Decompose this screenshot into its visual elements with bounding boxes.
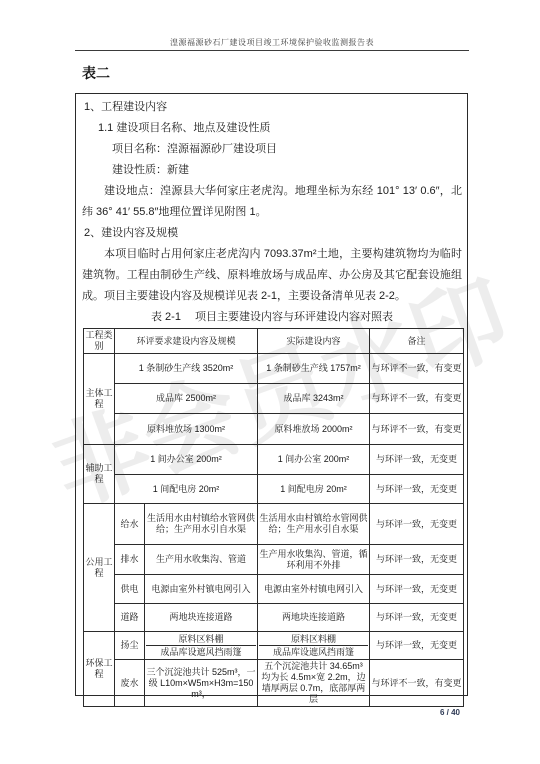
actual-cell: 生活用水由村镇给水管网供给；生产用水引自水渠 <box>258 504 370 545</box>
subcategory-cell: 供电 <box>115 575 145 604</box>
sheet-label: 表二 <box>82 63 110 83</box>
document-header-title: 湟源福源砂石厂建设项目竣工环境保护验收监测报告表 <box>75 37 469 48</box>
table-row: 公用工程 给水 生活用水由村镇给水管网供给；生产用水引自水渠 生活用水由村镇给水… <box>84 504 464 545</box>
actual-cell: 1 条制砂生产线 1757m² <box>258 354 370 384</box>
table-row: 1 间配电房 20m² 1 间配电房 20m² 与环评一致，无变更 <box>84 475 464 504</box>
table-row: 辅助工程 1 间办公室 200m² 1 间办公室 200m² 与环评一致，无变更 <box>84 445 464 475</box>
section-1-heading: 1、工程建设内容 <box>82 97 462 118</box>
planned-subrow: 成品库设遮风挡雨篷 <box>146 646 256 658</box>
actual-subrow: 成品库设遮风挡雨篷 <box>259 646 368 658</box>
remark-cell: 与环评一致，无变更 <box>370 575 464 604</box>
construction-location-line: 建设地点：湟源县大华何家庄老虎沟。地理坐标为东经 101° 13′ 0.6″，北… <box>82 181 462 223</box>
actual-cell: 电源由室外村镇电网引入 <box>258 575 370 604</box>
remark-cell: 与环评不一致，有变更 <box>370 384 464 414</box>
page-number: 6 / 40 <box>430 708 470 717</box>
remark-cell: 与环评一致，无变更 <box>370 632 464 660</box>
table-header-row: 工程类别 环评要求建设内容及规模 实际建设内容 备注 <box>84 329 464 354</box>
remark-cell: 与环评不一致，有变更 <box>370 354 464 384</box>
actual-cell: 原料堆放场 2000m² <box>258 414 370 445</box>
report-page: 湟源福源砂石厂建设项目竣工环境保护验收监测报告表 表二 非会员水印 1、工程建设… <box>0 0 540 764</box>
planned-cell: 1 间办公室 200m² <box>115 445 258 475</box>
header-divider <box>75 50 469 51</box>
remark-cell: 与环评一致，无变更 <box>370 475 464 504</box>
planned-cell: 成品库 2500m² <box>115 384 258 414</box>
actual-cell: 1 间配电房 20m² <box>258 475 370 504</box>
planned-cell: 生活用水由村镇给水管网供给；生产用水引自水渠 <box>145 504 258 545</box>
table-2-1-caption: 表 2-1 项目主要建设内容与环评建设内容对照表 <box>82 307 462 328</box>
remark-cell: 与环评一致，无变更 <box>370 604 464 632</box>
remark-cell: 与环评不一致，有变更 <box>370 660 464 707</box>
planned-cell: 原料堆放场 1300m² <box>115 414 258 445</box>
subcategory-cell: 废水 <box>115 660 145 707</box>
construction-nature-line: 建设性质：新建 <box>82 160 462 181</box>
table-row: 环保工程 扬尘 原料区料棚 成品库设遮风挡雨篷 原料区料棚 成品库设遮风挡雨篷 … <box>84 632 464 660</box>
category-cell: 主体工程 <box>84 354 115 445</box>
table-row: 道路 两地块连接道路 两地块连接道路 与环评一致，无变更 <box>84 604 464 632</box>
planned-cell: 生产用水收集沟、管道 <box>145 545 258 575</box>
planned-cell: 1 间配电房 20m² <box>115 475 258 504</box>
form-border-box: 1、工程建设内容 1.1 建设项目名称、地点及建设性质 项目名称：湟源福源砂厂建… <box>75 93 468 696</box>
category-cell: 环保工程 <box>84 632 115 707</box>
remark-cell: 与环评一致，无变更 <box>370 445 464 475</box>
table-row: 成品库 2500m² 成品库 3243m² 与环评不一致，有变更 <box>84 384 464 414</box>
planned-cell: 两地块连接道路 <box>145 604 258 632</box>
actual-cell: 成品库 3243m² <box>258 384 370 414</box>
planned-subrow: 原料区料棚 <box>146 633 256 646</box>
remark-cell: 与环评不一致，有变更 <box>370 414 464 445</box>
project-name-line: 项目名称：湟源福源砂厂建设项目 <box>82 139 462 160</box>
header-planned: 环评要求建设内容及规模 <box>115 329 258 354</box>
planned-cell: 原料区料棚 成品库设遮风挡雨篷 <box>145 632 258 660</box>
actual-cell: 原料区料棚 成品库设遮风挡雨篷 <box>258 632 370 660</box>
actual-subrow: 原料区料棚 <box>259 633 368 646</box>
table-row: 主体工程 1 条制砂生产线 3520m² 1 条制砂生产线 1757m² 与环评… <box>84 354 464 384</box>
subcategory-cell: 道路 <box>115 604 145 632</box>
comparison-table: 工程类别 环评要求建设内容及规模 实际建设内容 备注 主体工程 1 条制砂生产线… <box>83 328 464 707</box>
table-row: 排水 生产用水收集沟、管道 生产用水收集沟、管道，循环利用不外排 与环评一致，无… <box>84 545 464 575</box>
planned-cell: 电源由室外村镇电网引入 <box>145 575 258 604</box>
table-row: 原料堆放场 1300m² 原料堆放场 2000m² 与环评不一致，有变更 <box>84 414 464 445</box>
table-row: 供电 电源由室外村镇电网引入 电源由室外村镇电网引入 与环评一致，无变更 <box>84 575 464 604</box>
category-cell: 公用工程 <box>84 504 115 632</box>
planned-cell: 1 条制砂生产线 3520m² <box>115 354 258 384</box>
remark-cell: 与环评一致，无变更 <box>370 545 464 575</box>
actual-cell: 生产用水收集沟、管道，循环利用不外排 <box>258 545 370 575</box>
subcategory-cell: 扬尘 <box>115 632 145 660</box>
subcategory-cell: 给水 <box>115 504 145 545</box>
section-2-heading: 2、建设内容及规模 <box>82 223 462 244</box>
planned-cell: 三个沉淀池共计 525m³，一级 L10m×W5m×H3m=150m³， <box>145 660 258 707</box>
section-1-1-subheading: 1.1 建设项目名称、地点及建设性质 <box>82 118 462 139</box>
subcategory-cell: 排水 <box>115 545 145 575</box>
actual-cell: 两地块连接道路 <box>258 604 370 632</box>
actual-cell: 1 间办公室 200m² <box>258 445 370 475</box>
section-2-body: 本项目临时占用何家庄老虎沟内 7093.37m²土地，主要构建筑物均为临时建筑物… <box>82 244 462 307</box>
actual-cell: 五个沉淀池共计 34.65m³ 均为长 4.5m×宽 2.2m，边墙厚两层 0.… <box>258 660 370 707</box>
text-block: 1、工程建设内容 1.1 建设项目名称、地点及建设性质 项目名称：湟源福源砂厂建… <box>82 97 462 328</box>
header-category: 工程类别 <box>84 329 115 354</box>
header-actual: 实际建设内容 <box>258 329 370 354</box>
header-remark: 备注 <box>370 329 464 354</box>
category-cell: 辅助工程 <box>84 445 115 504</box>
remark-cell: 与环评一致，无变更 <box>370 504 464 545</box>
table-row: 废水 三个沉淀池共计 525m³，一级 L10m×W5m×H3m=150m³， … <box>84 660 464 707</box>
